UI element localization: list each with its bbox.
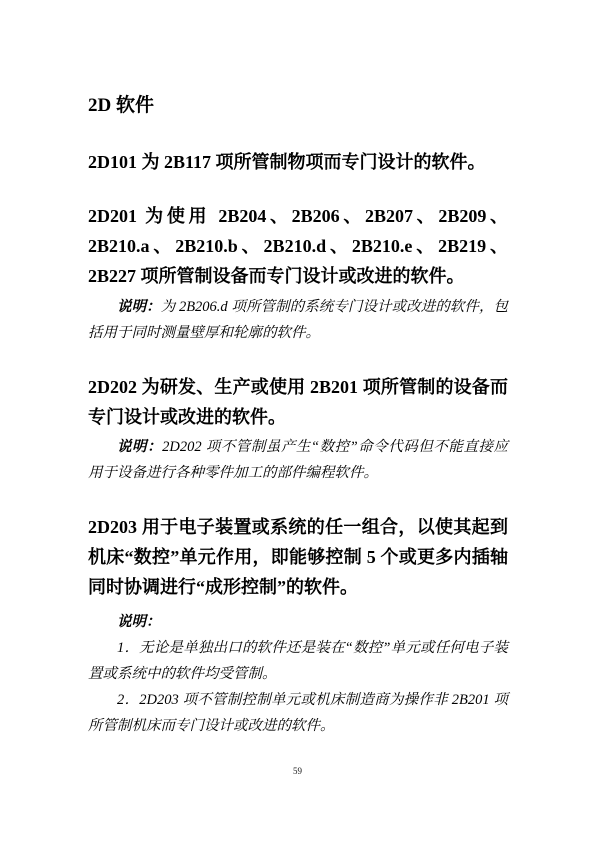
note-label: 说明： [117, 299, 161, 315]
section-note-2d201: 说明：为 2B206.d 项所管制的系统专门设计或改进的软件，包括用于同时测量壁… [88, 294, 508, 346]
section-heading-2d201: 2D201 为使用 2B204、2B206、2B207、2B209、2B210.… [88, 201, 508, 291]
section-note-2d202: 说明：2D202 项不管制虽产生“数控”命令代码但不能直接应用于设备进行各种零件… [88, 434, 508, 486]
section-heading-2d202: 2D202 为研发、生产或使用 2B201 项所管制的设备而专门设计或改进的软件… [88, 372, 508, 432]
page-number: 59 [0, 766, 595, 776]
note-list-item-2: 2．2D203 项不管制控制单元或机床制造商为操作非 2B201 项所管制机床而… [88, 687, 508, 739]
page-content: 2D 软件 2D101 为 2B117 项所管制物项而专门设计的软件。 2D20… [88, 0, 508, 739]
section-heading-2d203: 2D203 用于电子装置或系统的任一组合，以使其起到机床“数控”单元作用，即能够… [88, 512, 508, 602]
section-heading-2d101: 2D101 为 2B117 项所管制物项而专门设计的软件。 [88, 147, 508, 177]
note-label: 说明： [117, 614, 161, 630]
note-list-item-1: 1．无论是单独出口的软件还是装在“数控”单元或任何电子装置或系统中的软件均受管制… [88, 635, 508, 687]
section-note-2d203-label: 说明： [88, 609, 508, 635]
document-page: 2D 软件 2D101 为 2B117 项所管制物项而专门设计的软件。 2D20… [0, 0, 595, 841]
note-label: 说明： [117, 439, 162, 455]
chapter-heading: 2D 软件 [88, 94, 508, 118]
